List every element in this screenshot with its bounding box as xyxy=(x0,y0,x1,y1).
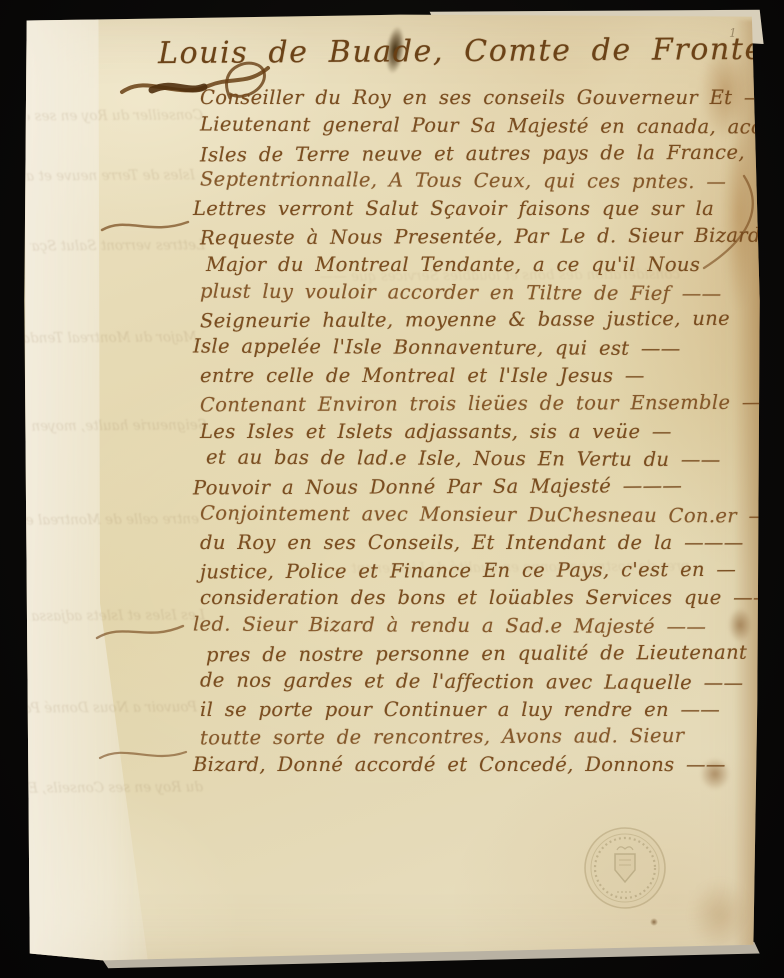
bleedthrough-text: entre celle de Montreal et l'Isle Jesus … xyxy=(24,511,199,528)
bleedthrough-text: du Roy en ses Conseils, Et Intendant de … xyxy=(28,779,203,796)
manuscript-line: consideration des bons et loüables Servi… xyxy=(200,584,760,612)
manuscript-line: Isle appelée l'Isle Bonnaventure, qui es… xyxy=(193,333,760,364)
manuscript-line: Septentrionnalle, A Tous Ceux, qui ces p… xyxy=(200,166,760,197)
bleedthrough-text: Les Isles et Islets adjassants, sis a ve… xyxy=(30,607,205,624)
bleedthrough-text: Lettres verront Salut Sçavoir faisons qu… xyxy=(30,237,205,254)
manuscript-line: pres de nostre personne en qualité de Li… xyxy=(206,639,760,670)
manuscript-text-block: Conseiller du Roy en ses conseils Gouver… xyxy=(200,84,760,779)
bleedthrough-text: Seigneurie haulte, moyenne & basse justi… xyxy=(32,417,207,434)
bleedthrough-text: Conseiller du Roy en ses conseils Gouver… xyxy=(28,107,203,124)
manuscript-line: Isles de Terre neuve et autres pays de l… xyxy=(200,138,760,169)
speck-stain xyxy=(650,918,658,926)
manuscript-line: Pouvoir a Nous Donné Par Sa Majesté ——— xyxy=(193,472,760,503)
manuscript-line: il se porte pour Continuer a luy rendre … xyxy=(200,696,760,724)
manuscript-line: Lieutenant general Pour Sa Majesté en ca… xyxy=(200,110,760,141)
title-line: Louis de Buade, Comte de Frontenac xyxy=(158,32,758,71)
manuscript-line: Les Isles et Islets adjassants, sis a ve… xyxy=(200,418,760,446)
bleedthrough-text: Isles de Terre neuve et autres pays de l… xyxy=(20,167,195,184)
manuscript-line: Contenant Environ trois lieües de tour E… xyxy=(200,388,760,419)
manuscript-line: et au bas de lad.e Isle, Nous En Vertu d… xyxy=(206,444,760,475)
parchment-fold xyxy=(25,18,175,962)
bleedthrough-text: Major du Montreal Tendante, a ce qu'il N… xyxy=(22,329,197,346)
manuscript-line: du Roy en ses Conseils, Et Intendant de … xyxy=(200,529,760,557)
manuscript-page: Conseiller du Roy en ses conseils Gouver… xyxy=(0,0,784,978)
manuscript-line: Conjointement avec Monsieur DuChesneau C… xyxy=(200,499,760,530)
manuscript-line: led. Sieur Bizard à rendu a Sad.e Majest… xyxy=(193,611,760,642)
manuscript-line: Bizard, Donné accordé et Concedé, Donnon… xyxy=(193,751,760,779)
manuscript-line: Conseiller du Roy en ses conseils Gouver… xyxy=(200,84,760,112)
manuscript-line: toutte sorte de rencontres, Avons aud. S… xyxy=(200,722,760,753)
manuscript-line: de nos gardes et de l'affection avec Laq… xyxy=(200,666,760,697)
manuscript-line: Seigneurie haulte, moyenne & basse justi… xyxy=(200,305,760,336)
manuscript-line: Requeste à Nous Presentée, Par Le d. Sie… xyxy=(200,222,760,253)
manuscript-line: plust luy vouloir accorder en Tiltre de … xyxy=(200,277,760,308)
embossed-seal-icon xyxy=(577,820,673,916)
manuscript-line: justice, Police et Finance En ce Pays, c… xyxy=(200,555,760,586)
bleedthrough-text: Pouvoir a Nous Donné Par Sa Majesté ——— xyxy=(22,699,197,716)
photo-backdrop: Conseiller du Roy en ses conseils Gouver… xyxy=(0,0,784,978)
manuscript-line: Major du Montreal Tendante, a ce qu'il N… xyxy=(206,251,760,279)
manuscript-line: Lettres verront Salut Sçavoir faisons qu… xyxy=(193,195,760,223)
manuscript-line: entre celle de Montreal et l'Isle Jesus … xyxy=(200,362,760,390)
pen-flourish-icon xyxy=(100,212,192,240)
